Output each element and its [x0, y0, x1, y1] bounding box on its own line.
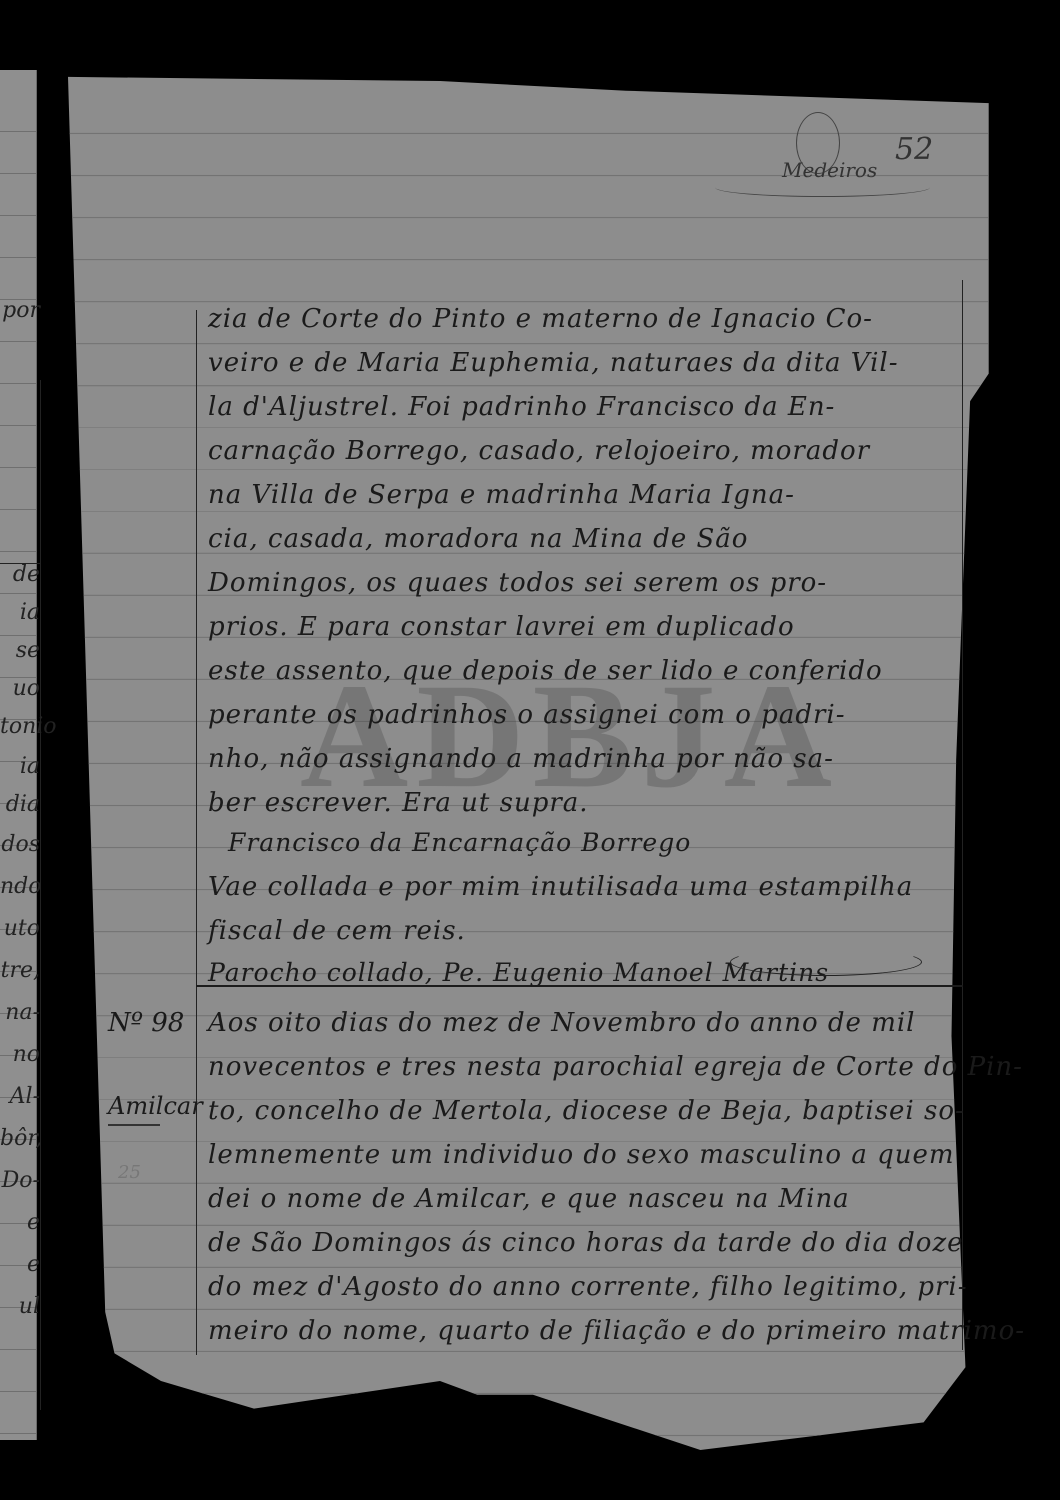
left-fragment-text: por [0, 298, 40, 323]
entry-text-line: do mez d'Agosto do anno corrente, filho … [208, 1274, 968, 1300]
entry-text-line: Aos oito dias do mez de Novembro do anno… [208, 1010, 915, 1036]
left-fragment-text: ul [0, 1294, 40, 1319]
entry-text-line: de São Domingos ás cinco horas da tarde … [208, 1230, 964, 1256]
entry-text-line: prios. E para constar lavrei em duplicad… [208, 614, 795, 640]
entry-text-line: na Villa de Serpa e madrinha Maria Igna- [208, 482, 795, 508]
right-margin-rule [962, 280, 963, 1350]
entry-text-line: zia de Corte do Pinto e materno de Ignac… [208, 306, 873, 332]
name-underline [108, 1124, 160, 1126]
entry-text-line: lemnemente um individuo do sexo masculin… [208, 1142, 955, 1168]
left-fragment-text: uo [0, 676, 40, 701]
entry-text-line: Domingos, os quaes todos sei serem os pr… [208, 570, 827, 596]
entry-text-line: novecentos e tres nesta parochial egreja… [208, 1054, 1023, 1080]
entry-text-line: dei o nome de Amilcar, e que nasceu na M… [208, 1186, 850, 1212]
left-fragment-text: e [0, 1252, 40, 1277]
entry-text-line: nho, não assignando a madrinha por não s… [208, 746, 834, 772]
entry-text-line: la d'Aljustrel. Foi padrinho Francisco d… [208, 394, 835, 420]
left-fragment-text: e [0, 1210, 40, 1235]
entry-number: Nº 98 [108, 1008, 184, 1038]
signature-flourish [730, 948, 922, 976]
stamp-note-line: fiscal de cem reis. [208, 918, 466, 944]
stamp-note-line: Vae collada e por mim inutilisada uma es… [208, 874, 913, 900]
entry-text-line: carnação Borrego, casado, relojoeiro, mo… [208, 438, 870, 464]
entry-text-line: perante os padrinhos o assignei com o pa… [208, 702, 846, 728]
entry-text-line: cia, casada, moradora na Mina de São [208, 526, 748, 552]
rubric-underline [715, 178, 930, 197]
left-fragment-text: tre, [0, 958, 40, 983]
left-fragment-text: Do- [0, 1168, 40, 1193]
left-fragment-text: se [0, 638, 40, 663]
entry-text-line: ber escrever. Era ut supra. [208, 790, 589, 816]
left-fragment-text: Al- [0, 1084, 40, 1109]
godfather-signature: Francisco da Encarnação Borrego [228, 830, 691, 855]
left-fragment-text: dia [0, 792, 40, 817]
entry-text-line: meiro do nome, quarto de filiação e do p… [208, 1318, 1025, 1344]
left-fragment-text: no [0, 1042, 40, 1067]
left-fragment-text: tonio [0, 714, 40, 739]
left-page-fragment: por de ia se uo tonio ia dia dos ndo uto… [0, 70, 37, 1440]
entry-text-line: to, concelho de Mertola, diocese de Beja… [208, 1098, 965, 1124]
left-fragment-text: bôr, [0, 1126, 40, 1151]
left-fragment-text: na- [0, 1000, 40, 1025]
left-fragment-text: uto [0, 916, 40, 941]
baptized-name-margin: Amilcar [108, 1092, 203, 1120]
left-fragment-text: ndo [0, 874, 40, 899]
entry-text-line: veiro e de Maria Euphemia, naturaes da d… [208, 350, 899, 376]
left-fragment-text: dos [0, 832, 40, 857]
folio-number: 52 [895, 132, 933, 167]
left-fragment-text: de [0, 562, 40, 587]
pencil-note: 25 [118, 1162, 141, 1183]
left-margin-rule [196, 310, 197, 1355]
left-fragment-text: ia [0, 754, 40, 779]
entry-text-line: este assento, que depois de ser lido e c… [208, 658, 883, 684]
left-fragment-text: ia [0, 600, 40, 625]
